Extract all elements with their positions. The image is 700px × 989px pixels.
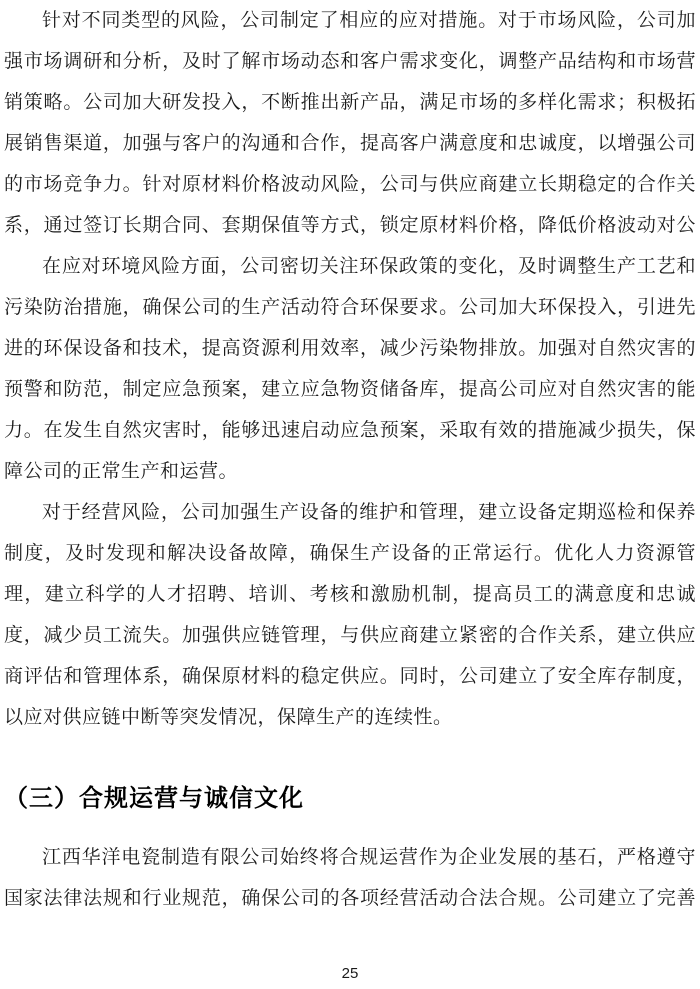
document-page: 针对不同类型的风险，公司制定了相应的应对措施。对于市场风险，公司加强市场调研和分… bbox=[0, 0, 700, 989]
page-footer: 25 bbox=[0, 965, 700, 983]
page-number: 25 bbox=[342, 965, 359, 982]
paragraph-compliance: 江西华洋电瓷制造有限公司始终将合规运营作为企业发展的基石，严格遵守国家法律法规和… bbox=[4, 837, 696, 919]
paragraph-operational-risk: 对于经营风险，公司加强生产设备的维护和管理，建立设备定期巡检和保养制度，及时发现… bbox=[4, 492, 696, 738]
section-heading-block: （三）合规运营与诚信文化 bbox=[4, 738, 696, 837]
paragraph-risk-measures: 针对不同类型的风险，公司制定了相应的应对措施。对于市场风险，公司加强市场调研和分… bbox=[4, 0, 696, 246]
section-heading: （三）合规运营与诚信文化 bbox=[4, 783, 696, 815]
paragraph-environment-risk: 在应对环境风险方面，公司密切关注环保政策的变化，及时调整生产工艺和污染防治措施，… bbox=[4, 246, 696, 492]
